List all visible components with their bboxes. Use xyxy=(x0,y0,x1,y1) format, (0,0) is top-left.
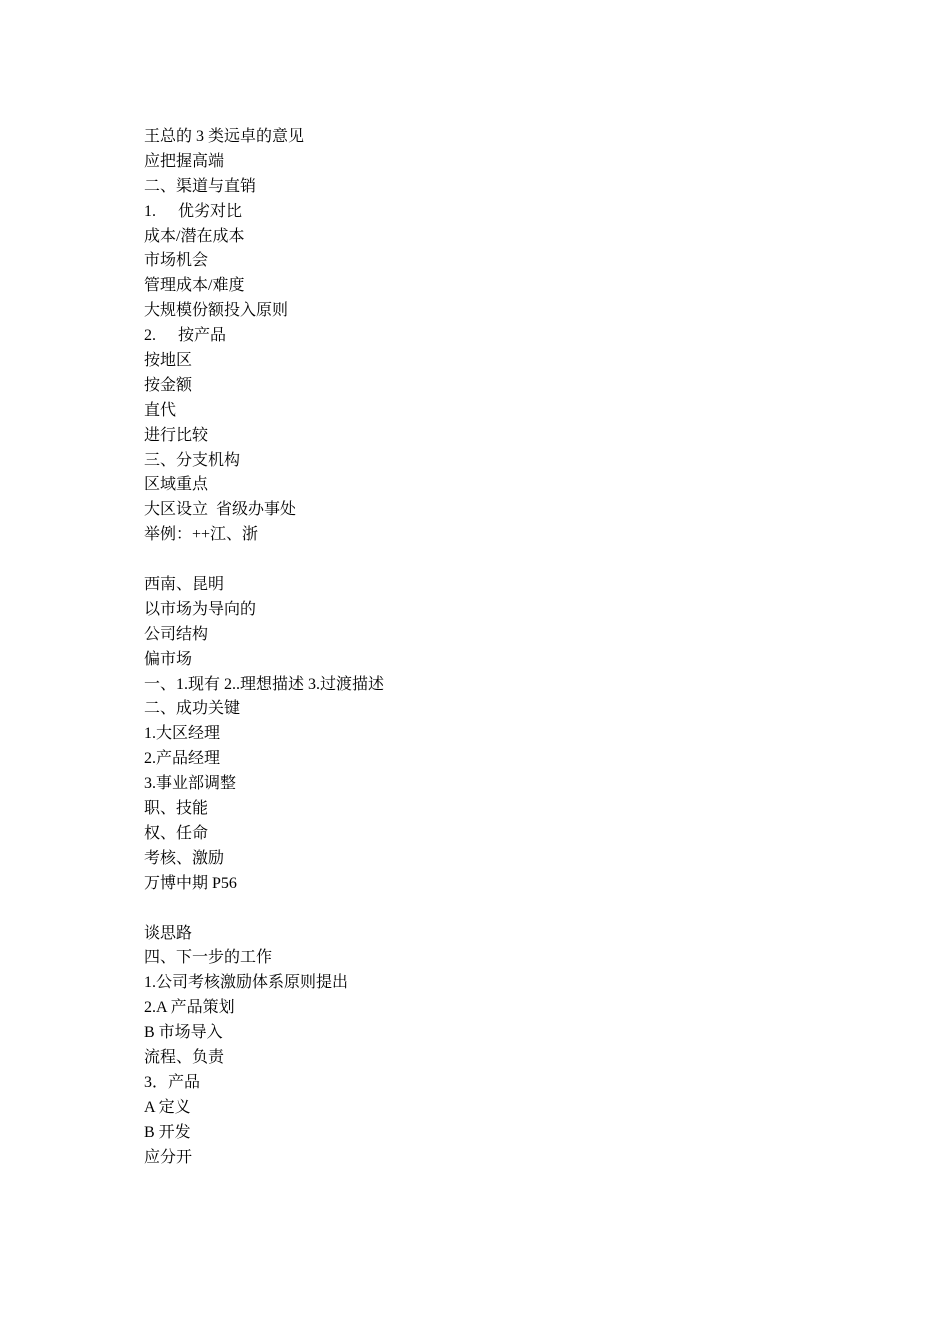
blank-line xyxy=(144,548,844,573)
text-line: 万博中期 P56 xyxy=(144,872,844,897)
text-line: 大规模份额投入原则 xyxy=(144,299,844,324)
text-line: 应分开 xyxy=(144,1146,844,1171)
text-line: 考核、激励 xyxy=(144,847,844,872)
text-line: 3.事业部调整 xyxy=(144,772,844,797)
section-heading: 三、分支机构 xyxy=(144,449,844,474)
text-line: 1.公司考核激励体系原则提出 xyxy=(144,971,844,996)
text-line: 偏市场 xyxy=(144,648,844,673)
list-item-text: 优劣对比 xyxy=(178,203,242,220)
text-line: 以市场为导向的 xyxy=(144,598,844,623)
text-line: B 市场导入 xyxy=(144,1021,844,1046)
numbered-item: 1.优劣对比 xyxy=(144,200,844,225)
text-line: 西南、昆明 xyxy=(144,573,844,598)
text-line: 流程、负责 xyxy=(144,1046,844,1071)
section-heading: 二、渠道与直销 xyxy=(144,175,844,200)
section-heading: 二、成功关键 xyxy=(144,697,844,722)
text-line: 公司结构 xyxy=(144,623,844,648)
text-line: 1.大区经理 xyxy=(144,722,844,747)
text-line: 大区设立 省级办事处 xyxy=(144,498,844,523)
text-line: 一、1.现有 2..理想描述 3.过渡描述 xyxy=(144,673,844,698)
text-line: 按地区 xyxy=(144,349,844,374)
numbered-item: 2.按产品 xyxy=(144,324,844,349)
text-line: 管理成本/难度 xyxy=(144,274,844,299)
text-line: 2.A 产品策划 xyxy=(144,996,844,1021)
text-line: 2.产品经理 xyxy=(144,747,844,772)
text-line: 进行比较 xyxy=(144,424,844,449)
text-line: 权、任命 xyxy=(144,822,844,847)
blank-line xyxy=(144,897,844,922)
text-line: 直代 xyxy=(144,399,844,424)
text-line: A 定义 xyxy=(144,1096,844,1121)
text-line: B 开发 xyxy=(144,1121,844,1146)
list-number: 1. xyxy=(144,200,178,225)
section-heading: 四、下一步的工作 xyxy=(144,946,844,971)
text-line: 王总的 3 类远卓的意见 xyxy=(144,125,844,150)
text-line: 按金额 xyxy=(144,374,844,399)
text-line: 成本/潜在成本 xyxy=(144,225,844,250)
text-line: 举例：++江、浙 xyxy=(144,523,844,548)
document-page: 王总的 3 类远卓的意见 应把握高端 二、渠道与直销 1.优劣对比 成本/潜在成… xyxy=(144,125,844,1170)
text-line: 应把握高端 xyxy=(144,150,844,175)
text-line: 市场机会 xyxy=(144,249,844,274)
text-line: 职、技能 xyxy=(144,797,844,822)
text-line: 区域重点 xyxy=(144,473,844,498)
text-line: 3．产品 xyxy=(144,1071,844,1096)
text-line: 谈思路 xyxy=(144,922,844,947)
list-number: 2. xyxy=(144,324,178,349)
list-item-text: 按产品 xyxy=(178,327,226,344)
